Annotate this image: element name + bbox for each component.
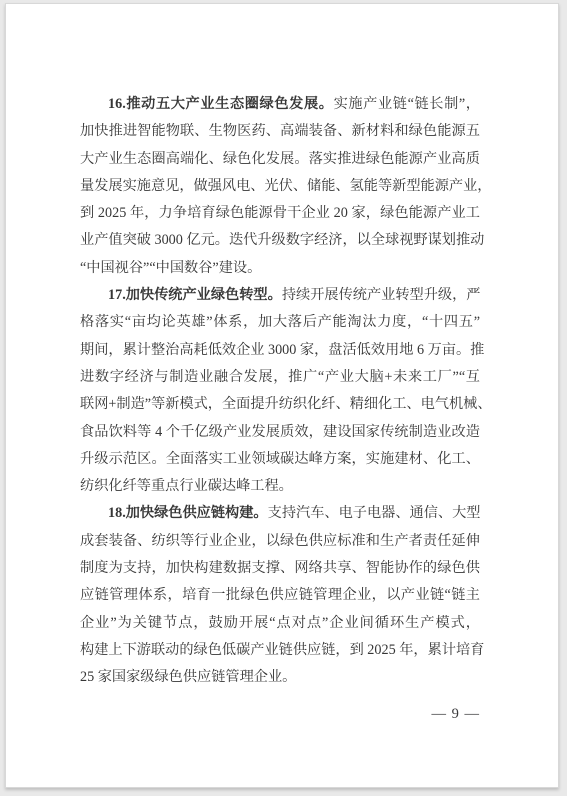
document-canvas: 16.推动五大产业生态圈绿色发展。实施产业链“链长制”，加快推进智能物联、生物医… xyxy=(0,0,567,796)
text-line: 成套装备、纺织等行业企业，以绿色供应标准和生产者责任延伸 xyxy=(80,528,480,555)
paragraph-lead: 16.推动五大产业生态圈绿色发展。 xyxy=(108,96,334,112)
text-line: 17.加快传统产业绿色转型。持续开展传统产业转型升级，严 xyxy=(80,282,480,309)
text-line: 到 2025 年，力争培育绿色能源骨干企业 20 家，绿色能源产业工 xyxy=(80,200,480,227)
text-line: 期间，累计整治高耗低效企业 3000 家，盘活低效用地 6 万亩。推 xyxy=(80,337,480,364)
text-line: 业产值突破 3000 亿元。迭代升级数字经济，以全球视野谋划推动 xyxy=(80,227,480,254)
text-line: 进数字经济与制造业融合发展，推广“产业大脑+未来工厂”“互 xyxy=(80,364,480,391)
document-page: 16.推动五大产业生态圈绿色发展。实施产业链“链长制”，加快推进智能物联、生物医… xyxy=(5,3,559,788)
text-line: 企业”为关键节点，鼓励开展“点对点”企业间循环生产模式， xyxy=(80,610,480,637)
text-line: 食品饮料等 4 个千亿级产业发展质效，建设国家传统制造业改造 xyxy=(80,419,480,446)
text-line: 应链管理体系，培育一批绿色供应链管理企业，以产业链“链主 xyxy=(80,582,480,609)
paragraph-lead: 18.加快绿色供应链构建。 xyxy=(108,505,268,521)
text-line: 纺织化纤等重点行业碳达峰工程。 xyxy=(80,473,480,500)
text-line: 加快推进智能物联、生物医药、高端装备、新材料和绿色能源五 xyxy=(80,118,480,145)
text-line: “中国视谷”“中国数谷”建设。 xyxy=(80,255,480,282)
text-line: 大产业生态圈高端化、绿色化发展。落实推进绿色能源产业高质 xyxy=(80,146,480,173)
text-line: 升级示范区。全面落实工业领域碳达峰方案，实施建材、化工、 xyxy=(80,446,480,473)
text-line: 格落实“亩均论英雄”体系，加大落后产能淘汰力度，“十四五” xyxy=(80,309,480,336)
paragraph-lead: 17.加快传统产业绿色转型。 xyxy=(108,287,282,303)
document-body: 16.推动五大产业生态圈绿色发展。实施产业链“链长制”，加快推进智能物联、生物医… xyxy=(80,91,480,692)
text-line: 制度为支持，加快构建数据支撑、网络共享、智能协作的绿色供 xyxy=(80,555,480,582)
text-line: 16.推动五大产业生态圈绿色发展。实施产业链“链长制”， xyxy=(80,91,480,118)
page-number: — 9 — xyxy=(80,701,480,728)
text-line: 联网+制造”等新模式，全面提升纺织化纤、精细化工、电气机械、 xyxy=(80,391,480,418)
text-line: 量发展实施意见，做强风电、光伏、储能、氢能等新型能源产业， xyxy=(80,173,480,200)
text-line: 构建上下游联动的绿色低碳产业链供应链，到 2025 年，累计培育 xyxy=(80,637,480,664)
text-line: 25 家国家级绿色供应链管理企业。 xyxy=(80,664,480,691)
text-line: 18.加快绿色供应链构建。支持汽车、电子电器、通信、大型 xyxy=(80,500,480,527)
